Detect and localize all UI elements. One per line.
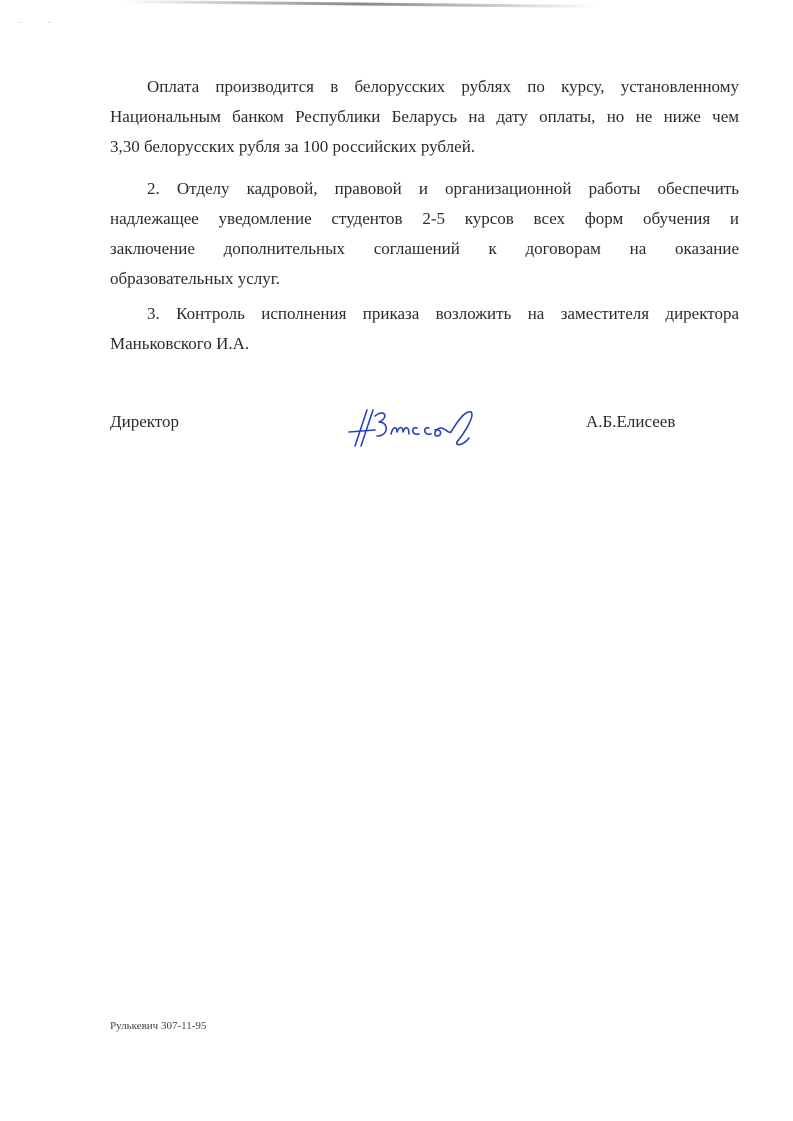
text-line: надлежащее уведомление студентов 2-5 кур… [110, 204, 739, 234]
paragraph-payment: Оплата производится в белорусских рублях… [110, 72, 739, 162]
scan-edge-line [120, 0, 600, 8]
text-line: Маньковского И.А. [110, 329, 739, 359]
text-line: заключение дополнительных соглашений к д… [110, 234, 739, 264]
text-line: образовательных услуг. [110, 264, 739, 294]
handwritten-signature-icon [345, 402, 485, 452]
text-line: 3. Контроль исполнения приказа возложить… [110, 299, 739, 329]
paragraph-item-2: 2. Отделу кадровой, правовой и организац… [110, 174, 739, 294]
signature-block: Директор А.Б.Елисеев [110, 410, 739, 450]
executor-footer: Рулькевич 307-11-95 [110, 1020, 206, 1032]
text-line: Оплата производится в белорусских рублях… [110, 72, 739, 102]
signatory-title: Директор [110, 412, 179, 432]
text-line: 3,30 белорусских рубля за 100 российских… [110, 132, 739, 162]
text-line: Национальным банком Республики Беларусь … [110, 102, 739, 132]
signatory-name: А.Б.Елисеев [586, 412, 675, 432]
text-line: 2. Отделу кадровой, правовой и организац… [110, 174, 739, 204]
scan-specks: ·· [18, 18, 77, 29]
paragraph-item-3: 3. Контроль исполнения приказа возложить… [110, 299, 739, 359]
